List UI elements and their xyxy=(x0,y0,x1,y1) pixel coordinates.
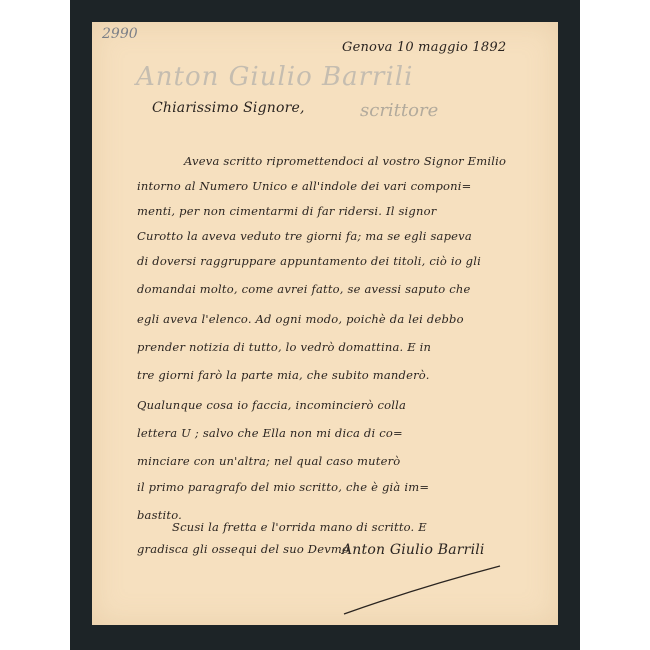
letter-card: 2990 Anton Giulio Barrili scrittore Geno… xyxy=(92,22,558,625)
signature-flourish xyxy=(340,562,510,622)
body-line: domandai molto, come avrei fatto, se ave… xyxy=(137,282,471,296)
body-line: tre giorni farò la parte mia, che subito… xyxy=(137,368,430,382)
body-line: menti, per non cimentarmi di far ridersi… xyxy=(137,204,436,218)
signature: Anton Giulio Barrili xyxy=(342,542,485,558)
body-line: il primo paragrafo del mio scritto, che … xyxy=(137,480,429,494)
body-line: Curotto la aveva veduto tre giorni fa; m… xyxy=(137,229,472,243)
body-line: lettera U ; salvo che Ella non mi dica d… xyxy=(137,426,403,440)
body-line: prender notizia di tutto, lo vedrò domat… xyxy=(137,340,431,354)
catalog-number: 2990 xyxy=(102,26,138,42)
salutation: Chiarissimo Signore, xyxy=(152,100,305,116)
pencil-annotation-name: Anton Giulio Barrili xyxy=(136,62,413,92)
body-line: Qualunque cosa io faccia, incomincierò c… xyxy=(137,398,406,412)
body-line: di doversi raggruppare appuntamento dei … xyxy=(137,254,481,268)
pencil-annotation-role: scrittore xyxy=(360,100,438,121)
place-date: Genova 10 maggio 1892 xyxy=(342,40,506,55)
body-line: Scusi la fretta e l'orrida mano di scrit… xyxy=(172,520,427,534)
body-line: intorno al Numero Unico e all'indole dei… xyxy=(137,179,471,193)
body-line: Aveva scritto ripromettendoci al vostro … xyxy=(184,154,506,168)
body-line: minciare con un'altra; nel qual caso mut… xyxy=(137,454,400,468)
body-line: gradisca gli ossequi del suo Devmo xyxy=(137,542,349,556)
body-line: egli aveva l'elenco. Ad ogni modo, poich… xyxy=(137,312,464,326)
